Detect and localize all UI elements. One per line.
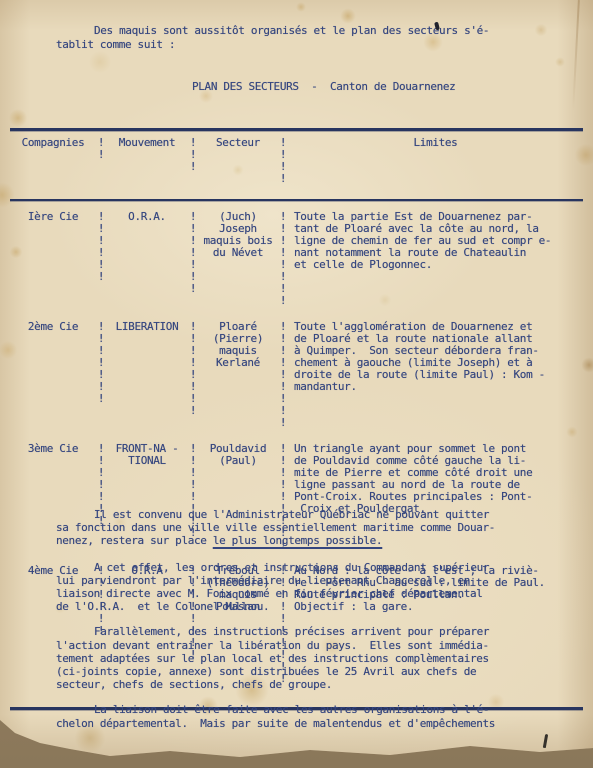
underlined-phrase: le plus longtemps possible. — [213, 534, 382, 547]
table-row: 2ème Cie ! ! ! ! ! ! ! LIBERATION ! ! ! … — [10, 321, 583, 443]
cell-secteur: (Juch) Joseph maquis bois du Névet — [198, 211, 278, 307]
col-header-limites: Limites — [288, 137, 583, 185]
cell-mouvement: LIBERATION — [106, 321, 188, 429]
paragraph-instructions: Farallèlement, des instructions précises… — [56, 625, 578, 691]
column-separator: ! ! ! ! ! ! ! ! — [188, 321, 198, 429]
col-header-compagnies: Compagnies — [10, 137, 96, 185]
cell-limites: Toute l'agglomération de Douarnenez et d… — [288, 321, 583, 429]
cell-secteur: Ploaré (Pierre) maquis Kerlané — [198, 321, 278, 429]
table-top-rule — [10, 128, 583, 131]
table-header-rule — [10, 199, 583, 201]
table-header-row: Compagnies ! ! Mouvement ! ! ! Secteur !… — [10, 137, 583, 199]
intro-paragraph: Des maquis sont aussitôt organisés et le… — [56, 24, 489, 52]
column-separator: ! ! — [96, 137, 106, 185]
column-separator: ! ! ! ! ! ! ! — [188, 211, 198, 307]
body-paragraphs: Il est convenu que l'Administrateur Québ… — [56, 508, 578, 743]
table-row: Ière Cie ! ! ! ! ! ! O.R.A. ! ! ! ! ! ! … — [10, 211, 583, 321]
paper-crease — [572, 0, 580, 110]
scanned-document-page: Des maquis sont aussitôt organisés et le… — [0, 0, 593, 768]
column-separator: ! ! ! — [188, 137, 198, 185]
cell-limites: Toute la partie Est de Douarnenez par- t… — [288, 211, 583, 307]
paragraph-liaison: La liaison doit être faite avec les autr… — [56, 703, 578, 729]
column-separator: ! ! ! ! ! ! ! ! ! — [278, 321, 288, 429]
paper-sheet: Des maquis sont aussitôt organisés et le… — [0, 0, 593, 768]
column-separator: ! ! ! ! — [278, 137, 288, 185]
cell-mouvement: O.R.A. — [106, 211, 188, 307]
column-separator: ! ! ! ! ! ! — [96, 211, 106, 307]
ink-mark — [434, 22, 440, 31]
cell-compagnie: Ière Cie — [10, 211, 96, 307]
column-separator: ! ! ! ! ! ! ! — [96, 321, 106, 429]
section-heading: PLAN DES SECTEURS - Canton de Douarnenez — [192, 80, 455, 94]
cell-compagnie: 2ème Cie — [10, 321, 96, 429]
paragraph-quebriac: Il est convenu que l'Administrateur Québ… — [56, 508, 578, 548]
paragraph-ordres: A cet effet, les ordres et instructions … — [56, 561, 578, 614]
column-separator: ! ! ! ! ! ! ! ! — [278, 211, 288, 307]
col-header-secteur: Secteur — [198, 137, 278, 185]
col-header-mouvement: Mouvement — [106, 137, 188, 185]
